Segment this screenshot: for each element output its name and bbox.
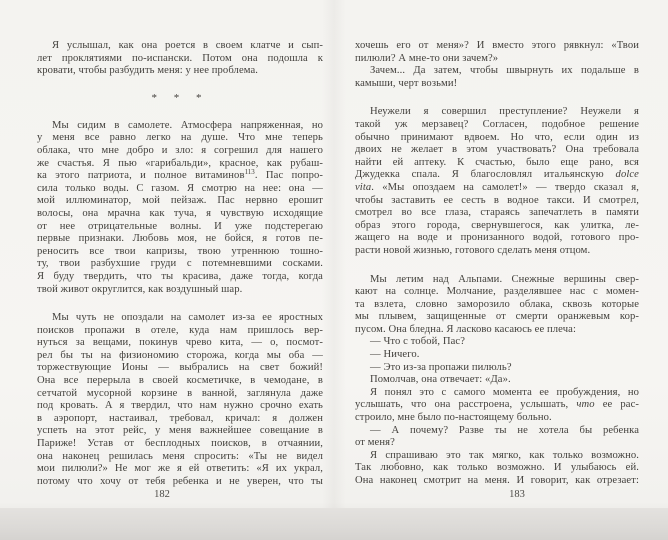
gutter-shadow — [322, 0, 346, 508]
text-line: Мы летим над Альпами. Снежные вершины св… — [355, 274, 639, 287]
text-line: Мы чуть не опоздали на самолет из-за ее … — [37, 312, 323, 325]
paragraph: хочешь его от меня»? И вместо этого рявк… — [355, 40, 639, 65]
text-line: ка этого патриота, и полное витаминов113… — [37, 170, 323, 183]
text-line: пилюли? А мне-то они зачем?» — [355, 53, 639, 66]
text-line: от меня? — [355, 437, 639, 450]
text-line: строило, мне было по-настоящему больно. — [355, 412, 639, 425]
text-line: — Это из-за пропажи пилюль? — [355, 362, 639, 375]
text-line: первые признаки. Любовь моя, не бойся, я… — [37, 233, 323, 246]
text-line: Она наконец смотрит на меня. И говорит, … — [355, 475, 639, 488]
paragraph: — Что с тобой, Пас? — [355, 336, 639, 349]
text-line: Неужели я совершил преступление? Неужели… — [355, 106, 639, 119]
text-line: Я услышал, как она роется в своем клатче… — [37, 40, 323, 53]
page-number-left: 182 — [0, 489, 334, 500]
text-line: vita. «Мы опоздаем на самолет!» — твердо… — [355, 182, 639, 195]
text-line: кровати, чтобы разбудить меня: у нее про… — [37, 65, 323, 78]
paragraph: — Это из-за пропажи пилюль? — [355, 362, 639, 375]
italic-text: vita — [355, 182, 371, 193]
text-line: образ этого города, свернувшегося, как у… — [355, 220, 639, 233]
paragraph: Мы летим над Альпами. Снежные вершины св… — [355, 274, 639, 337]
text-line: — А почему? Разве ты не хотела бы ребенк… — [355, 425, 639, 438]
text-line: нуться за вещами, покинув чрево кита, — … — [37, 337, 323, 350]
paragraph: Зачем... Да затем, чтобы швырнуть их под… — [355, 65, 639, 90]
text-line: Я буду твердить, что ты красива, даже то… — [37, 271, 323, 284]
text-line: Я спрашиваю это так мягко, как только во… — [355, 450, 639, 463]
text-line: торжествующие Ионы — выбрались на свет б… — [37, 362, 323, 375]
text-line: у меня все равно легко на душе. Что мне … — [37, 132, 323, 145]
text-line: — Что с тобой, Пас? — [355, 336, 639, 349]
text-line: же счастья. Я пью «гарибальди», красное,… — [37, 158, 323, 171]
text-line: успеть на этот рейс, у меня важнейшее со… — [37, 425, 323, 438]
footnote-reference: 113 — [245, 168, 255, 176]
text-line: под кровать. А я твердил, что нам нужно … — [37, 400, 323, 413]
text-line: мой иллюминатор, мой пейзаж. Пас нервно … — [37, 195, 323, 208]
paragraph: Мы чуть не опоздали на самолет из-за ее … — [37, 312, 323, 488]
text-line: та взлета, словно заморозило облака, скв… — [355, 299, 639, 312]
text-line: мы плывем, защищенные от смерти оранжевы… — [355, 311, 639, 324]
text-line: хочешь его от меня»? И вместо этого рявк… — [355, 40, 639, 53]
text-line: пусом. Она бледна. Я ласково касаюсь ее … — [355, 324, 639, 337]
text-line: жащего на воде и пронизанного водой, гот… — [355, 232, 639, 245]
page-left: Я услышал, как она роется в своем клатче… — [0, 0, 334, 508]
paragraph: — А почему? Разве ты не хотела бы ребенк… — [355, 425, 639, 450]
text-line: Я понял это с самого момента ее пробужде… — [355, 387, 639, 400]
text-line: потому что хочу от тебя ребенка и не уве… — [37, 476, 323, 489]
text-line: смотрел во все глаза, стараясь запечатле… — [355, 207, 639, 220]
text-line: Джудекка спала. Я благословлял итальянск… — [355, 169, 639, 182]
text-line: в аэропорт, настаивал, требовал, кричал:… — [37, 413, 323, 426]
text-line: Мы сидим в самолете. Атмосфера напряженн… — [37, 120, 323, 133]
text-line: она наконец решилась меня спросить: «Ты … — [37, 451, 323, 464]
bottom-edge-shadow — [0, 508, 668, 540]
text-line: Так любовно, как только возможно. И улыб… — [355, 462, 639, 475]
text-line: ту, твои разбухшие груди с потемневшими … — [37, 258, 323, 271]
text-line: твой живот округлится, как воздушный шар… — [37, 284, 323, 297]
text-line: Зачем... Да затем, чтобы швырнуть их под… — [355, 65, 639, 78]
page-right-text-column: хочешь его от меня»? И вместо этого рявк… — [355, 40, 639, 488]
paragraph: — Ничего. — [355, 349, 639, 362]
text-line: поисков пропажи в отеле, куда нам пришло… — [37, 325, 323, 338]
text-line: лет проклятиями по-испански. Потом она п… — [37, 53, 323, 66]
text-line: найти ей аптеку. К счастью, было еще ран… — [355, 157, 639, 170]
paragraph: Помолчав, она отвечает: «Да». — [355, 374, 639, 387]
text-line: услышать, что она расстроена, услышать, … — [355, 399, 639, 412]
page-number-left-value: 182 — [154, 489, 170, 500]
text-line: расти новой жизнью, готового сделать мен… — [355, 245, 639, 258]
text-line: двоих не желает в этом участвовать? Она … — [355, 144, 639, 157]
paragraph: Мы сидим в самолете. Атмосфера напряженн… — [37, 120, 323, 296]
paragraph: Я понял это с самого момента ее пробужде… — [355, 387, 639, 425]
paragraph: Неужели я совершил преступление? Неужели… — [355, 106, 639, 257]
text-line: обычно принимают вдвоем. Но что, если од… — [355, 132, 639, 145]
page-number-right: 183 — [350, 489, 668, 500]
text-line: такой уж мерзавец? Согласен, подобное ре… — [355, 119, 639, 132]
page-left-text-column: Я услышал, как она роется в своем клатче… — [37, 40, 323, 488]
text-line: мои пилюли?» Не мог же я ей ответить: «Я… — [37, 463, 323, 476]
text-line: рел бы ты на физиономию сторожа, когда м… — [37, 350, 323, 363]
text-line: — Ничего. — [355, 349, 639, 362]
section-separator: * * * — [37, 92, 323, 104]
text-line: чтобы заставить ее сесть в водное такси.… — [355, 195, 639, 208]
text-line: Помолчав, она отвечает: «Да». — [355, 374, 639, 387]
italic-text: dolce — [616, 169, 639, 180]
text-line: от нее отрицательные волны. И уже подсте… — [37, 221, 323, 234]
book-spread: Я услышал, как она роется в своем клатче… — [0, 0, 668, 540]
page-right: хочешь его от меня»? И вместо этого рявк… — [334, 0, 668, 508]
text-line: облака, что мне добро и зло: я согрешил … — [37, 145, 323, 158]
paragraph: Я услышал, как она роется в своем клатче… — [37, 40, 323, 78]
text-line: Париже! Устав от бесплодных поисков, в о… — [37, 438, 323, 451]
text-line: реносить все твои капризы, твою утреннюю… — [37, 246, 323, 259]
italic-text: что — [576, 399, 594, 410]
text-line: Она все перерыла в своей косметичке, в ч… — [37, 375, 323, 388]
paragraph: Я спрашиваю это так мягко, как только во… — [355, 450, 639, 488]
text-line: сетчатой мусорной корзине в ванной, загл… — [37, 388, 323, 401]
text-line: камыши, черт возьми! — [355, 78, 639, 91]
text-line: волосы, она мрачна как туча, я чувствую … — [37, 208, 323, 221]
text-line: кают на солнце. Молчание, разделявшее на… — [355, 286, 639, 299]
text-line: сила только воды. С газом. Я смотрю на н… — [37, 183, 323, 196]
page-number-right-value: 183 — [509, 489, 525, 500]
